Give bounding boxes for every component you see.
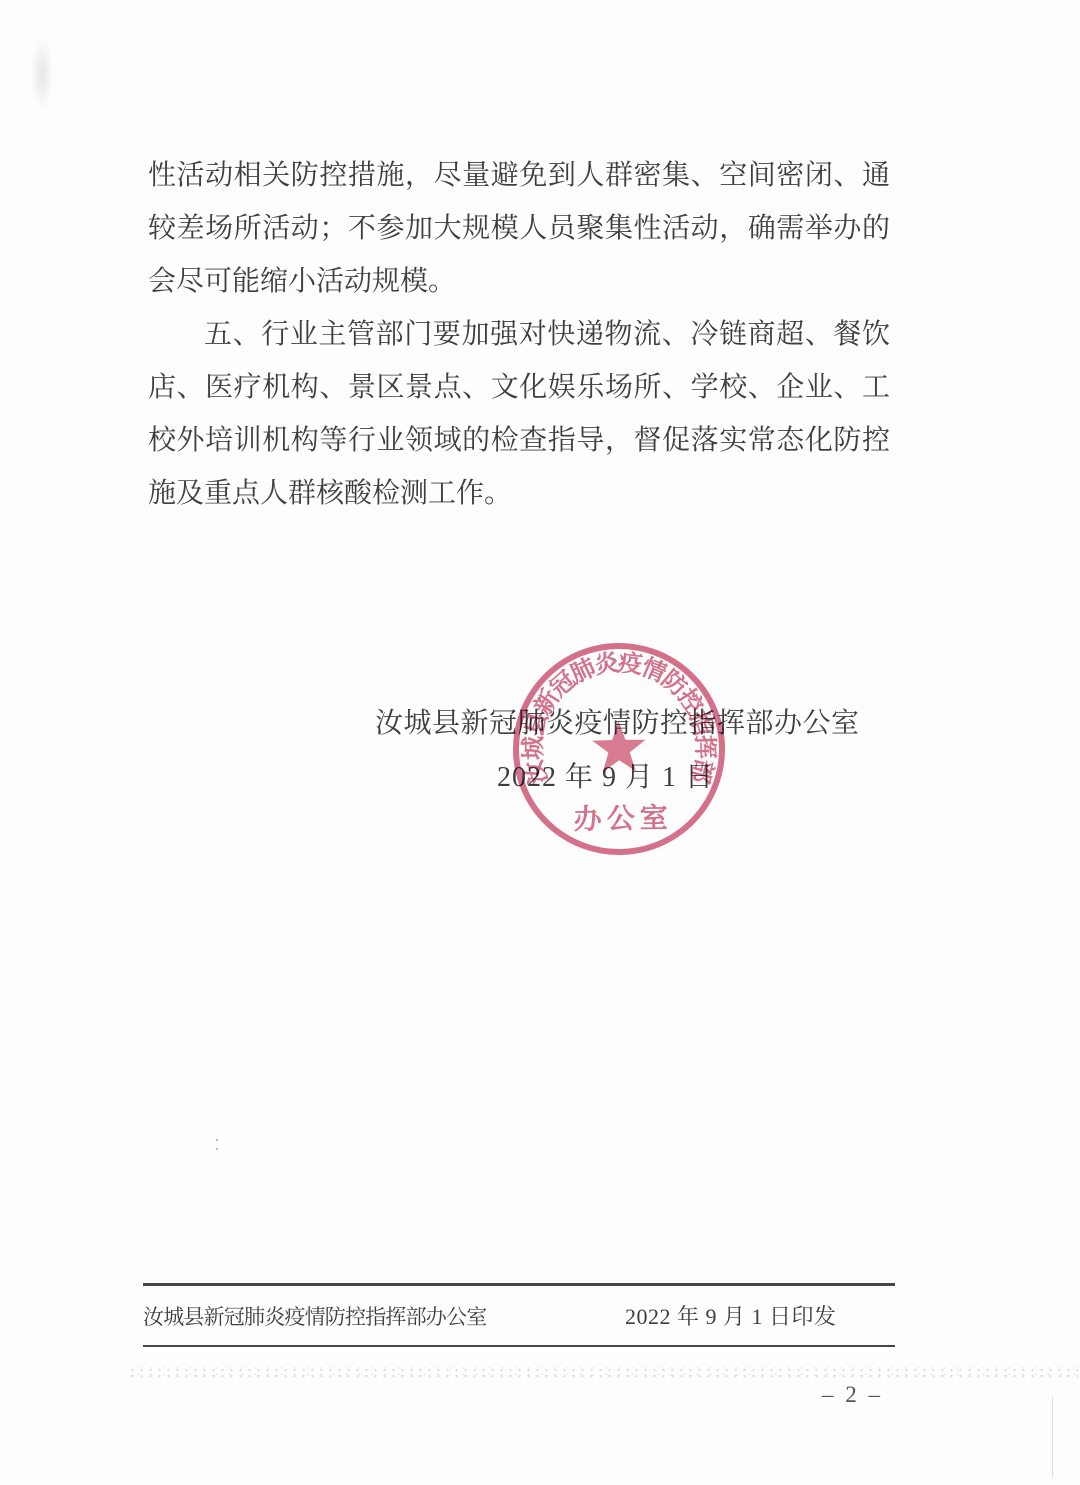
text-line: 性活动相关防控措施，尽量避免到人群密集、空间密闭、通风 (148, 149, 890, 202)
scan-noise-band (128, 1367, 1078, 1379)
body-text: 性活动相关防控措施，尽量避免到人群密集、空间密闭、通风 较差场所活动；不参加大规… (148, 149, 890, 520)
page-number: – 2 – (822, 1382, 883, 1408)
scan-smudge (30, 38, 54, 110)
text-line: 较差场所活动；不参加大规模人员聚集性活动，确需举办的聚 (148, 202, 890, 255)
text-line: 五、行业主管部门要加强对快递物流、冷链商超、餐饮酒 (148, 308, 890, 361)
footer-printed-date: 2022 年 9 月 1 日印发 (625, 1300, 837, 1331)
seal-arc-text: 汝城县新冠肺炎疫情防控指挥部 (517, 647, 720, 789)
text-line: 校外培训机构等行业领域的检查指导，督促落实常态化防控措 (148, 414, 890, 467)
scan-speck (216, 1139, 219, 1151)
footer-office: 汝城县新冠肺炎疫情防控指挥部办公室 (143, 1301, 486, 1331)
seal-arc-text-holder: 汝城县新冠肺炎疫情防控指挥部 (517, 647, 720, 789)
scan-edge-line (1052, 1397, 1053, 1477)
text-line: 店、医疗机构、景区景点、文化娱乐场所、学校、企业、工地、 (148, 361, 890, 414)
text-line: 施及重点人群核酸检测工作。 (148, 467, 890, 520)
official-seal: 汝城县新冠肺炎疫情防控指挥部 办公室 (509, 639, 729, 859)
seal-office-text: 办公室 (573, 802, 673, 836)
footer-rule-bottom (143, 1345, 895, 1347)
document-page: 性活动相关防控措施，尽量避免到人群密集、空间密闭、通风 较差场所活动；不参加大规… (0, 0, 1080, 1485)
footer-rule-top (143, 1283, 895, 1286)
seal-star-icon (592, 721, 646, 773)
text-line: 会尽可能缩小活动规模。 (148, 255, 890, 308)
